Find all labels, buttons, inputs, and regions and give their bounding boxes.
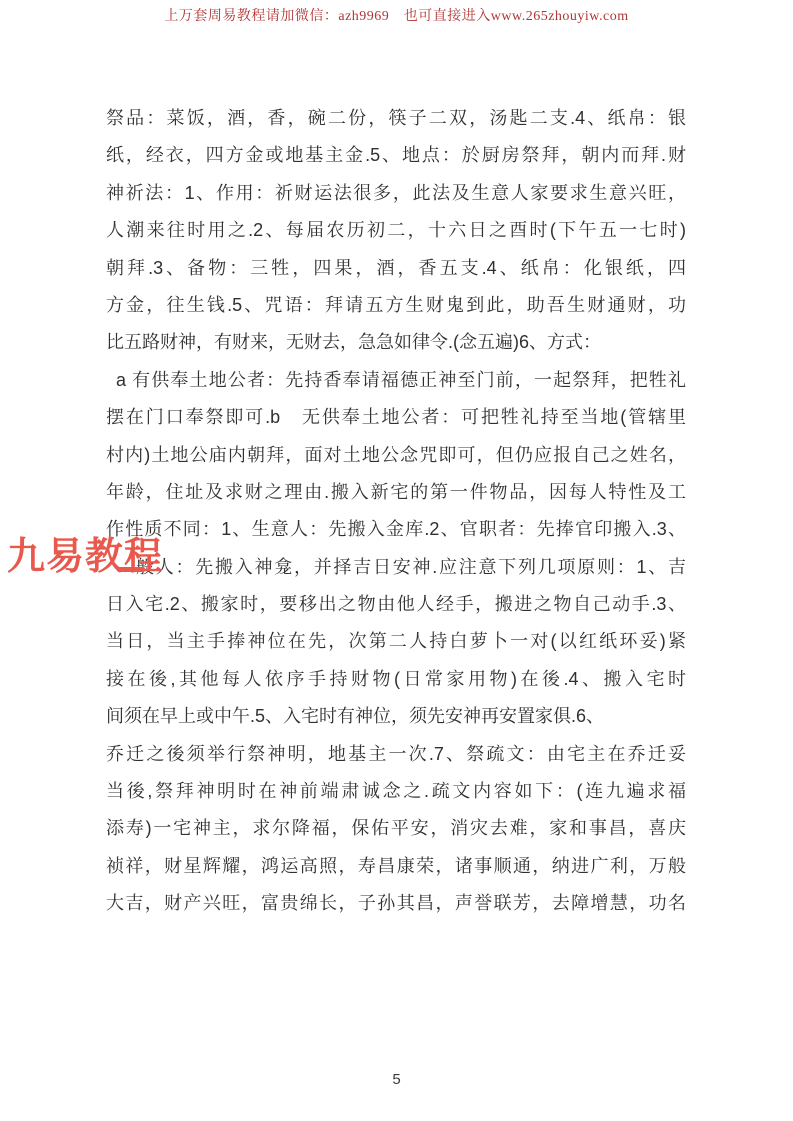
body-text-line: 当後,祭拜神明时在神前端肃诚念之.疏文内容如下：(连九遍求福 [106,773,686,810]
body-text-line: 作性质不同：1、生意人：先搬入金库.2、官职者：先捧官印搬入.3、 [106,511,686,548]
body-text-line: 祭品：菜饭，酒，香，碗二份，筷子二双，汤匙二支.4、纸帛：银 [106,100,686,137]
body-text-line: 间须在早上或中午.5、入宅时有神位，须先安神再安置家俱.6、 [106,698,686,735]
body-text-line: 般人：先搬入神龛，并择吉日安神.应注意下列几项原则：1、吉 [106,549,686,586]
body-text-line: 乔迁之後须举行祭神明，地基主一次.7、祭疏文：由宅主在乔迁妥 [106,736,686,773]
header-promo-text: 上万套周易教程请加微信：azh9969 也可直接进入www.265zhouyiw… [0,7,793,27]
body-text-line: 添寿)一宅神主，求尔降福，保佑平安，消灾去难，家和事昌，喜庆 [106,810,686,847]
body-text-line: 接在後,其他每人依序手持财物(日常家用物)在後.4、搬入宅时 [106,661,686,698]
document-page: 上万套周易教程请加微信：azh9969 也可直接进入www.265zhouyiw… [0,0,793,1121]
body-text-line: 年龄，住址及求财之理由.搬入新宅的第一件物品，因每人特性及工 [106,474,686,511]
page-number: 5 [0,1070,793,1090]
body-text-line: 祯祥，财星辉耀，鸿运高照，寿昌康荣，诸事顺通，纳进广利，万般 [106,848,686,885]
body-text-line: 大吉，财产兴旺，富贵绵长，子孙其昌，声誉联芳，去障增慧，功名 [106,885,686,922]
body-text-line: 神祈法：1、作用：祈财运法很多，此法及生意人家要求生意兴旺， [106,175,686,212]
body-text-line: 纸，经衣，四方金或地基主金.5、地点：於厨房祭拜，朝内而拜.财 [106,137,686,174]
body-text-line: 当日，当主手捧神位在先，次第二人持白萝卜一对(以红纸环妥)紧 [106,623,686,660]
body-text-line: 人潮来往时用之.2、每届农历初二，十六日之酉时(下午五一七时) [106,212,686,249]
body-text-line: 朝拜.3、备物：三牲，四果，酒，香五支.4、纸帛：化银纸，四 [106,250,686,287]
body-text-line: a 有供奉土地公者：先持香奉请福德正神至门前，一起祭拜，把牲礼 [106,362,686,399]
body-text-line: 摆在门口奉祭即可.b 无供奉土地公者：可把牲礼持至当地(管辖里 [106,399,686,436]
body-text-line: 方金，往生钱.5、咒语：拜请五方生财鬼到此，助吾生财通财，功 [106,287,686,324]
body-text-line: 比五路财神，有财来，无财去，急急如律令.(念五遍)6、方式： [106,324,686,361]
body-text-line: 村内)土地公庙内朝拜，面对土地公念咒即可，但仍应报自己之姓名， [106,437,686,474]
document-body: 祭品：菜饭，酒，香，碗二份，筷子二双，汤匙二支.4、纸帛：银纸，经衣，四方金或地… [106,100,686,923]
body-text-line: 日入宅.2、搬家时，要移出之物由他人经手，搬进之物自己动手.3、 [106,586,686,623]
watermark-underline [117,567,145,572]
